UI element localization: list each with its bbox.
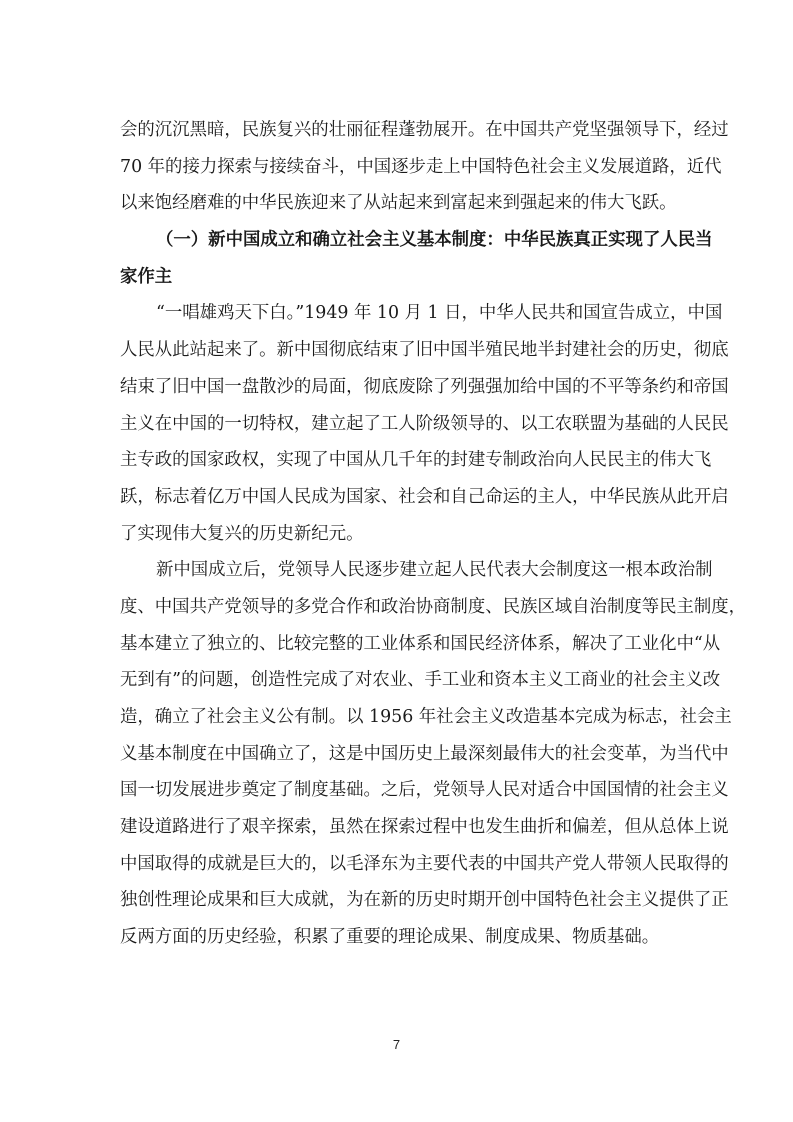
text-line: 主专政的国家政权，实现了中国从几千年的封建专制政治向人民民主的伟大飞 [120,442,708,479]
section-heading: （一）新中国成立和确立社会主义基本制度：中华民族真正实现了人民当 家作主 [120,222,708,295]
document-page: 会的沉沉黑暗，民族复兴的壮丽征程蓬勃展开。在中国共产党坚强领导下，经过 70 年… [0,0,793,1122]
text-line: 建设道路进行了艰辛探索，虽然在探索过程中也发生曲折和偏差，但从总体上说 [120,809,708,846]
text-line: 70 年的接力探索与接续奋斗，中国逐步走上中国特色社会主义发展道路，近代 [120,149,708,186]
text-line: 以来饱经磨难的中华民族迎来了从站起来到富起来到强起来的伟大飞跃。 [120,185,708,222]
text-line: 基本建立了独立的、比较完整的工业体系和国民经济体系，解决了工业化中“从 [120,626,708,663]
text-line: 反两方面的历史经验，积累了重要的理论成果、制度成果、物质基础。 [120,919,708,956]
paragraph-continuation: 会的沉沉黑暗，民族复兴的壮丽征程蓬勃展开。在中国共产党坚强领导下，经过 70 年… [120,112,708,222]
text-line: “一唱雄鸡天下白。”1949 年 10 月 1 日，中华人民共和国宣告成立，中国 [120,295,708,332]
text-line: 国一切发展进步奠定了制度基础。之后，党领导人民对适合中国国情的社会主义 [120,772,708,809]
text-line: 结束了旧中国一盘散沙的局面，彻底废除了列强强加给中国的不平等条约和帝国 [120,369,708,406]
text-line: 独创性理论成果和巨大成就，为在新的历史时期开创中国特色社会主义提供了正 [120,882,708,919]
text-line: 中国取得的成就是巨大的，以毛泽东为主要代表的中国共产党人带领人民取得的 [120,846,708,883]
text-line: 主义在中国的一切特权，建立起了工人阶级领导的、以工农联盟为基础的人民民 [120,406,708,443]
text-line: 造，确立了社会主义公有制。以 1956 年社会主义改造基本完成为标志，社会主 [120,699,708,736]
page-content: 会的沉沉黑暗，民族复兴的壮丽征程蓬勃展开。在中国共产党坚强领导下，经过 70 年… [120,112,708,956]
paragraph-socialist-system: 新中国成立后，党领导人民逐步建立起人民代表大会制度这一根本政治制 度、中国共产党… [120,552,708,956]
text-line: 会的沉沉黑暗，民族复兴的壮丽征程蓬勃展开。在中国共产党坚强领导下，经过 [120,112,708,149]
text-line: 跃，标志着亿万中国人民成为国家、社会和自己命运的主人，中华民族从此开启 [120,479,708,516]
page-number: 7 [0,1037,793,1052]
text-line: 义基本制度在中国确立了，这是中国历史上最深刻最伟大的社会变革，为当代中 [120,736,708,773]
heading-line: 家作主 [120,259,708,296]
text-line: 人民从此站起来了。新中国彻底结束了旧中国半殖民地半封建社会的历史，彻底 [120,332,708,369]
text-line: 新中国成立后，党领导人民逐步建立起人民代表大会制度这一根本政治制 [120,552,708,589]
paragraph-founding: “一唱雄鸡天下白。”1949 年 10 月 1 日，中华人民共和国宣告成立，中国… [120,295,708,552]
text-line: 了实现伟大复兴的历史新纪元。 [120,516,708,553]
heading-line: （一）新中国成立和确立社会主义基本制度：中华民族真正实现了人民当 [120,222,708,259]
text-line: 无到有”的问题，创造性完成了对农业、手工业和资本主义工商业的社会主义改 [120,662,708,699]
text-line: 度、中国共产党领导的多党合作和政治协商制度、民族区域自治制度等民主制度， [120,589,708,626]
